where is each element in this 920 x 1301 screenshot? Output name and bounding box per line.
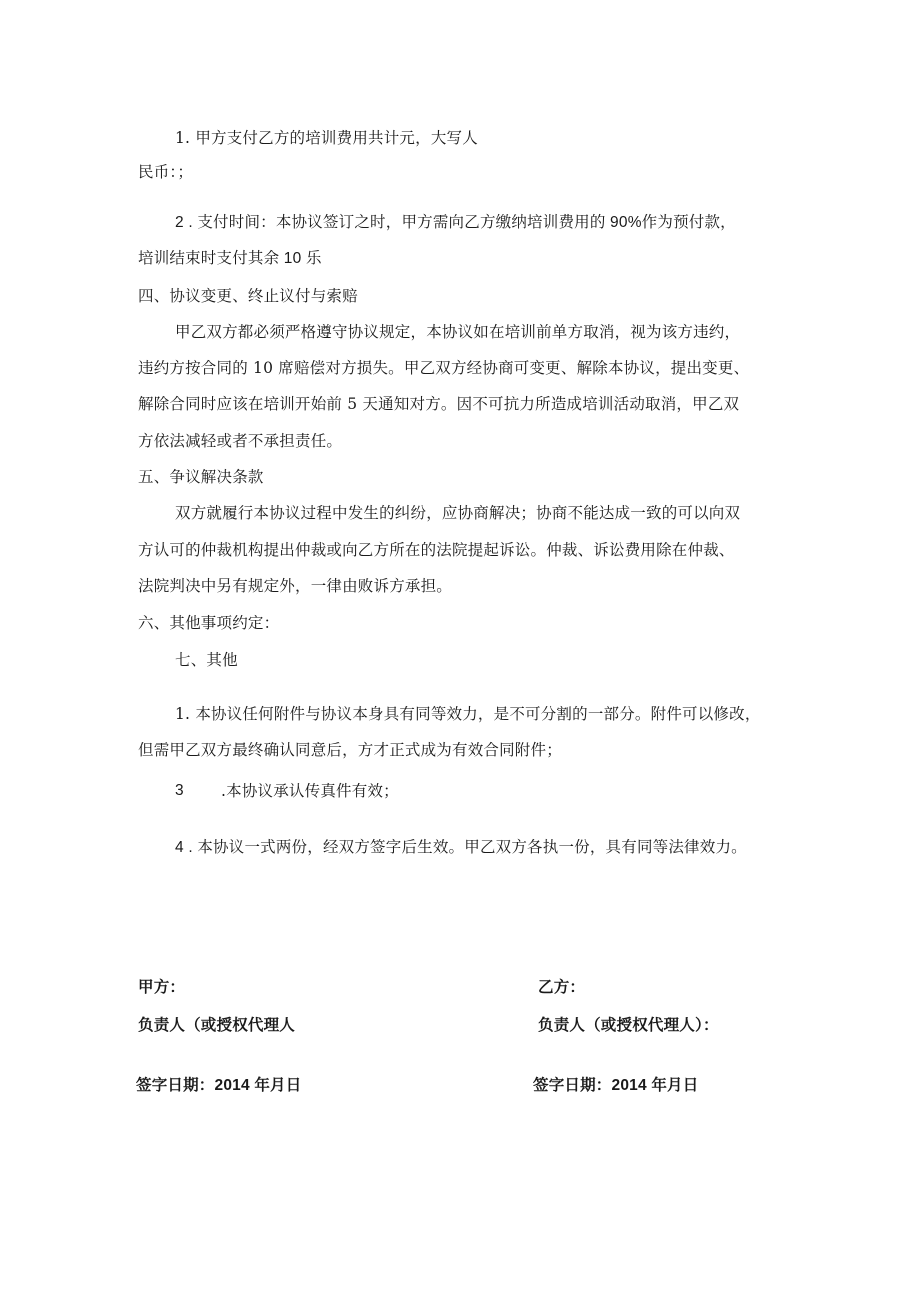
section-4-line-4: 方依法减轻或者不承担责任。: [138, 431, 342, 451]
payment-item-2-line-1: 2 . 支付时间：本协议签订之时，甲方需向乙方缴纳培训费用的 90%作为预付款，: [175, 213, 736, 233]
party-a-label: 甲方：: [138, 978, 185, 998]
section-7-item-3-number: 3: [175, 781, 184, 801]
section-5-heading: 五、争议解决条款: [138, 467, 264, 487]
section-4-heading: 四、协议变更、终止议付与索赔: [138, 286, 358, 306]
payment-item-1-line-1: 1. 甲方支付乙方的培训费用共计元，大写人: [175, 128, 478, 148]
section-7-item-1-line-1: 1. 本协议任何附件与协议本身具有同等效力，是不可分割的一部分。附件可以修改，: [175, 704, 761, 724]
section-7-heading: 七、其他: [175, 650, 238, 670]
section-5-line-3: 法院判决中另有规定外，一律由败诉方承担。: [138, 576, 452, 596]
section-5-line-2: 方认可的仲裁机构提出仲裁或向乙方所在的法院提起诉讼。仲裁、诉讼费用除在仲裁、: [138, 540, 735, 560]
party-b-representative: 负责人（或授权代理人）：: [538, 1016, 719, 1036]
section-5-line-1: 双方就履行本协议过程中发生的纠纷，应协商解决；协商不能达成一致的可以向双: [175, 503, 740, 523]
party-b-date-label: 签字日期：: [533, 1077, 612, 1094]
party-b-label: 乙方：: [538, 978, 585, 998]
section-4-line-1: 甲乙双方都必须严格遵守协议规定，本协议如在培训前单方取消，视为该方违约，: [175, 322, 740, 342]
party-a-date-label: 签字日期：: [136, 1077, 215, 1094]
party-a-date-suffix: 年月日: [250, 1077, 302, 1094]
party-a-representative: 负责人（或授权代理人: [138, 1016, 295, 1036]
party-b-date-year: 2014: [612, 1077, 647, 1094]
section-4-line-3: 解除合同时应该在培训开始前 5 天通知对方。因不可抗力所造成培训活动取消，甲乙双: [138, 394, 739, 414]
section-7-item-4: 4 . 本协议一式两份，经双方签字后生效。甲乙双方各执一份，具有同等法律效力。: [175, 838, 747, 858]
party-a-date-year: 2014: [215, 1077, 250, 1094]
section-4-line-2: 违约方按合同的 10 席赔偿对方损失。甲乙双方经协商可变更、解除本协议，提出变更…: [138, 358, 749, 378]
party-a-sign-date: 签字日期：2014 年月日: [136, 1076, 301, 1096]
section-7-item-1-line-2: 但需甲乙双方最终确认同意后，方才正式成为有效合同附件；: [138, 740, 562, 760]
section-7-item-3-text: .本协议承认传真件有效；: [221, 781, 399, 801]
payment-item-1-line-2: 民币：；: [138, 162, 193, 182]
party-b-date-suffix: 年月日: [647, 1077, 699, 1094]
payment-item-2-line-2: 培训结束时支付其余 10 乐: [138, 249, 322, 269]
section-6-heading: 六、其他事项约定：: [138, 613, 279, 633]
party-b-sign-date: 签字日期：2014 年月日: [533, 1076, 698, 1096]
